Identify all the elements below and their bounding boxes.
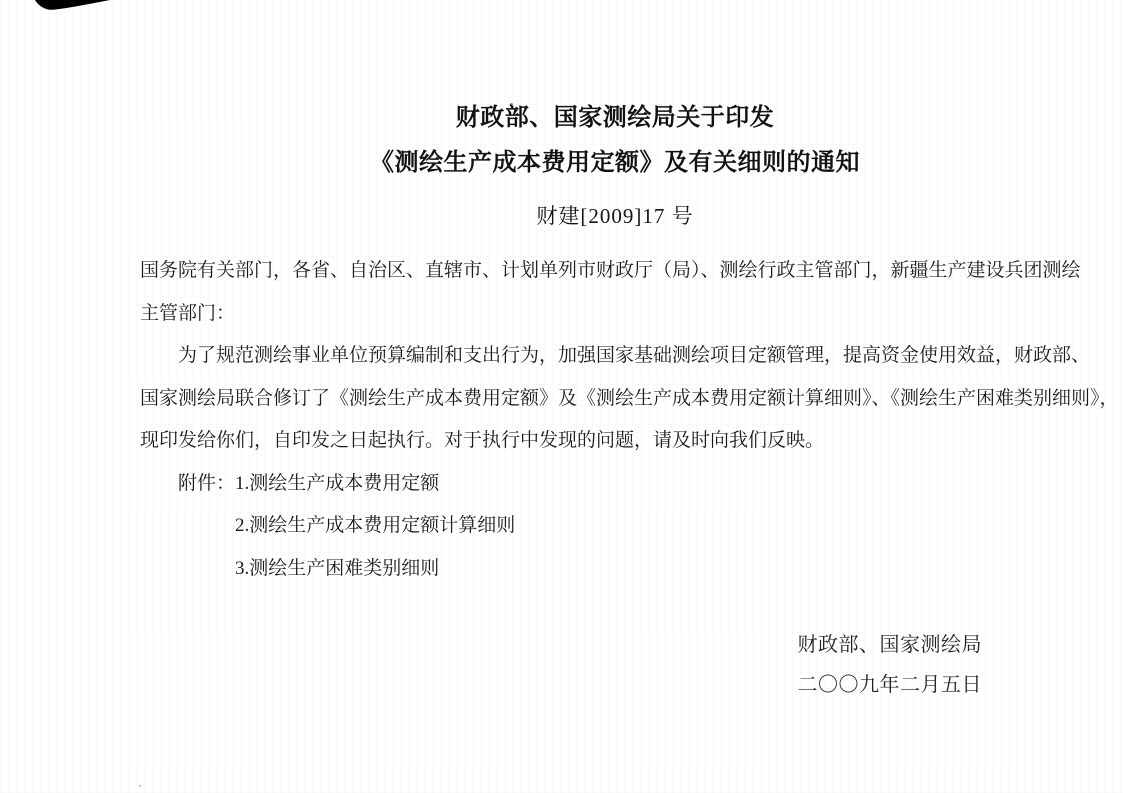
attachments-line: 附件：1.测绘生产成本费用定额: [140, 463, 1100, 506]
salutation-line-1: 国务院有关部门，各省、自治区、直辖市、计划单列市财政厅（局）、测绘行政主管部门，…: [140, 250, 1100, 293]
scanned-document-page: 财政部、国家测绘局关于印发 《测绘生产成本费用定额》及有关细则的通知 财建[20…: [0, 0, 1123, 793]
signature-date: 二〇〇九年二月五日: [798, 673, 983, 697]
document-body: 国务院有关部门，各省、自治区、直辖市、计划单列市财政厅（局）、测绘行政主管部门，…: [140, 250, 1100, 590]
title-line-2: 《测绘生产成本费用定额》及有关细则的通知: [140, 149, 1090, 177]
attachment-item-1: 1.测绘生产成本费用定额: [235, 473, 439, 494]
attachments-label: 附件：: [178, 473, 235, 494]
signature-block: 财政部、国家测绘局 二〇〇九年二月五日: [798, 633, 983, 697]
title-line-1: 财政部、国家测绘局关于印发: [140, 104, 1090, 132]
document-title: 财政部、国家测绘局关于印发 《测绘生产成本费用定额》及有关细则的通知: [140, 104, 1090, 177]
attachment-item-3: 3.测绘生产困难类别细则: [140, 548, 1100, 591]
attachment-item-2: 2.测绘生产成本费用定额计算细则: [140, 505, 1100, 548]
scan-corner-mark: [0, 0, 120, 16]
body-paragraph-line-2: 国家测绘局联合修订了《测绘生产成本费用定额》及《测绘生产成本费用定额计算细则》、…: [140, 378, 1100, 421]
body-paragraph-line-1: 为了规范测绘事业单位预算编制和支出行为，加强国家基础测绘项目定额管理，提高资金使…: [140, 335, 1100, 378]
signature-issuer: 财政部、国家测绘局: [798, 633, 983, 657]
scan-speck: [139, 785, 141, 787]
document-number: 财建[2009]17 号: [140, 200, 1090, 230]
salutation-line-2: 主管部门：: [140, 293, 1100, 336]
body-paragraph-line-3: 现印发给你们，自印发之日起执行。对于执行中发现的问题，请及时向我们反映。: [140, 420, 1100, 463]
